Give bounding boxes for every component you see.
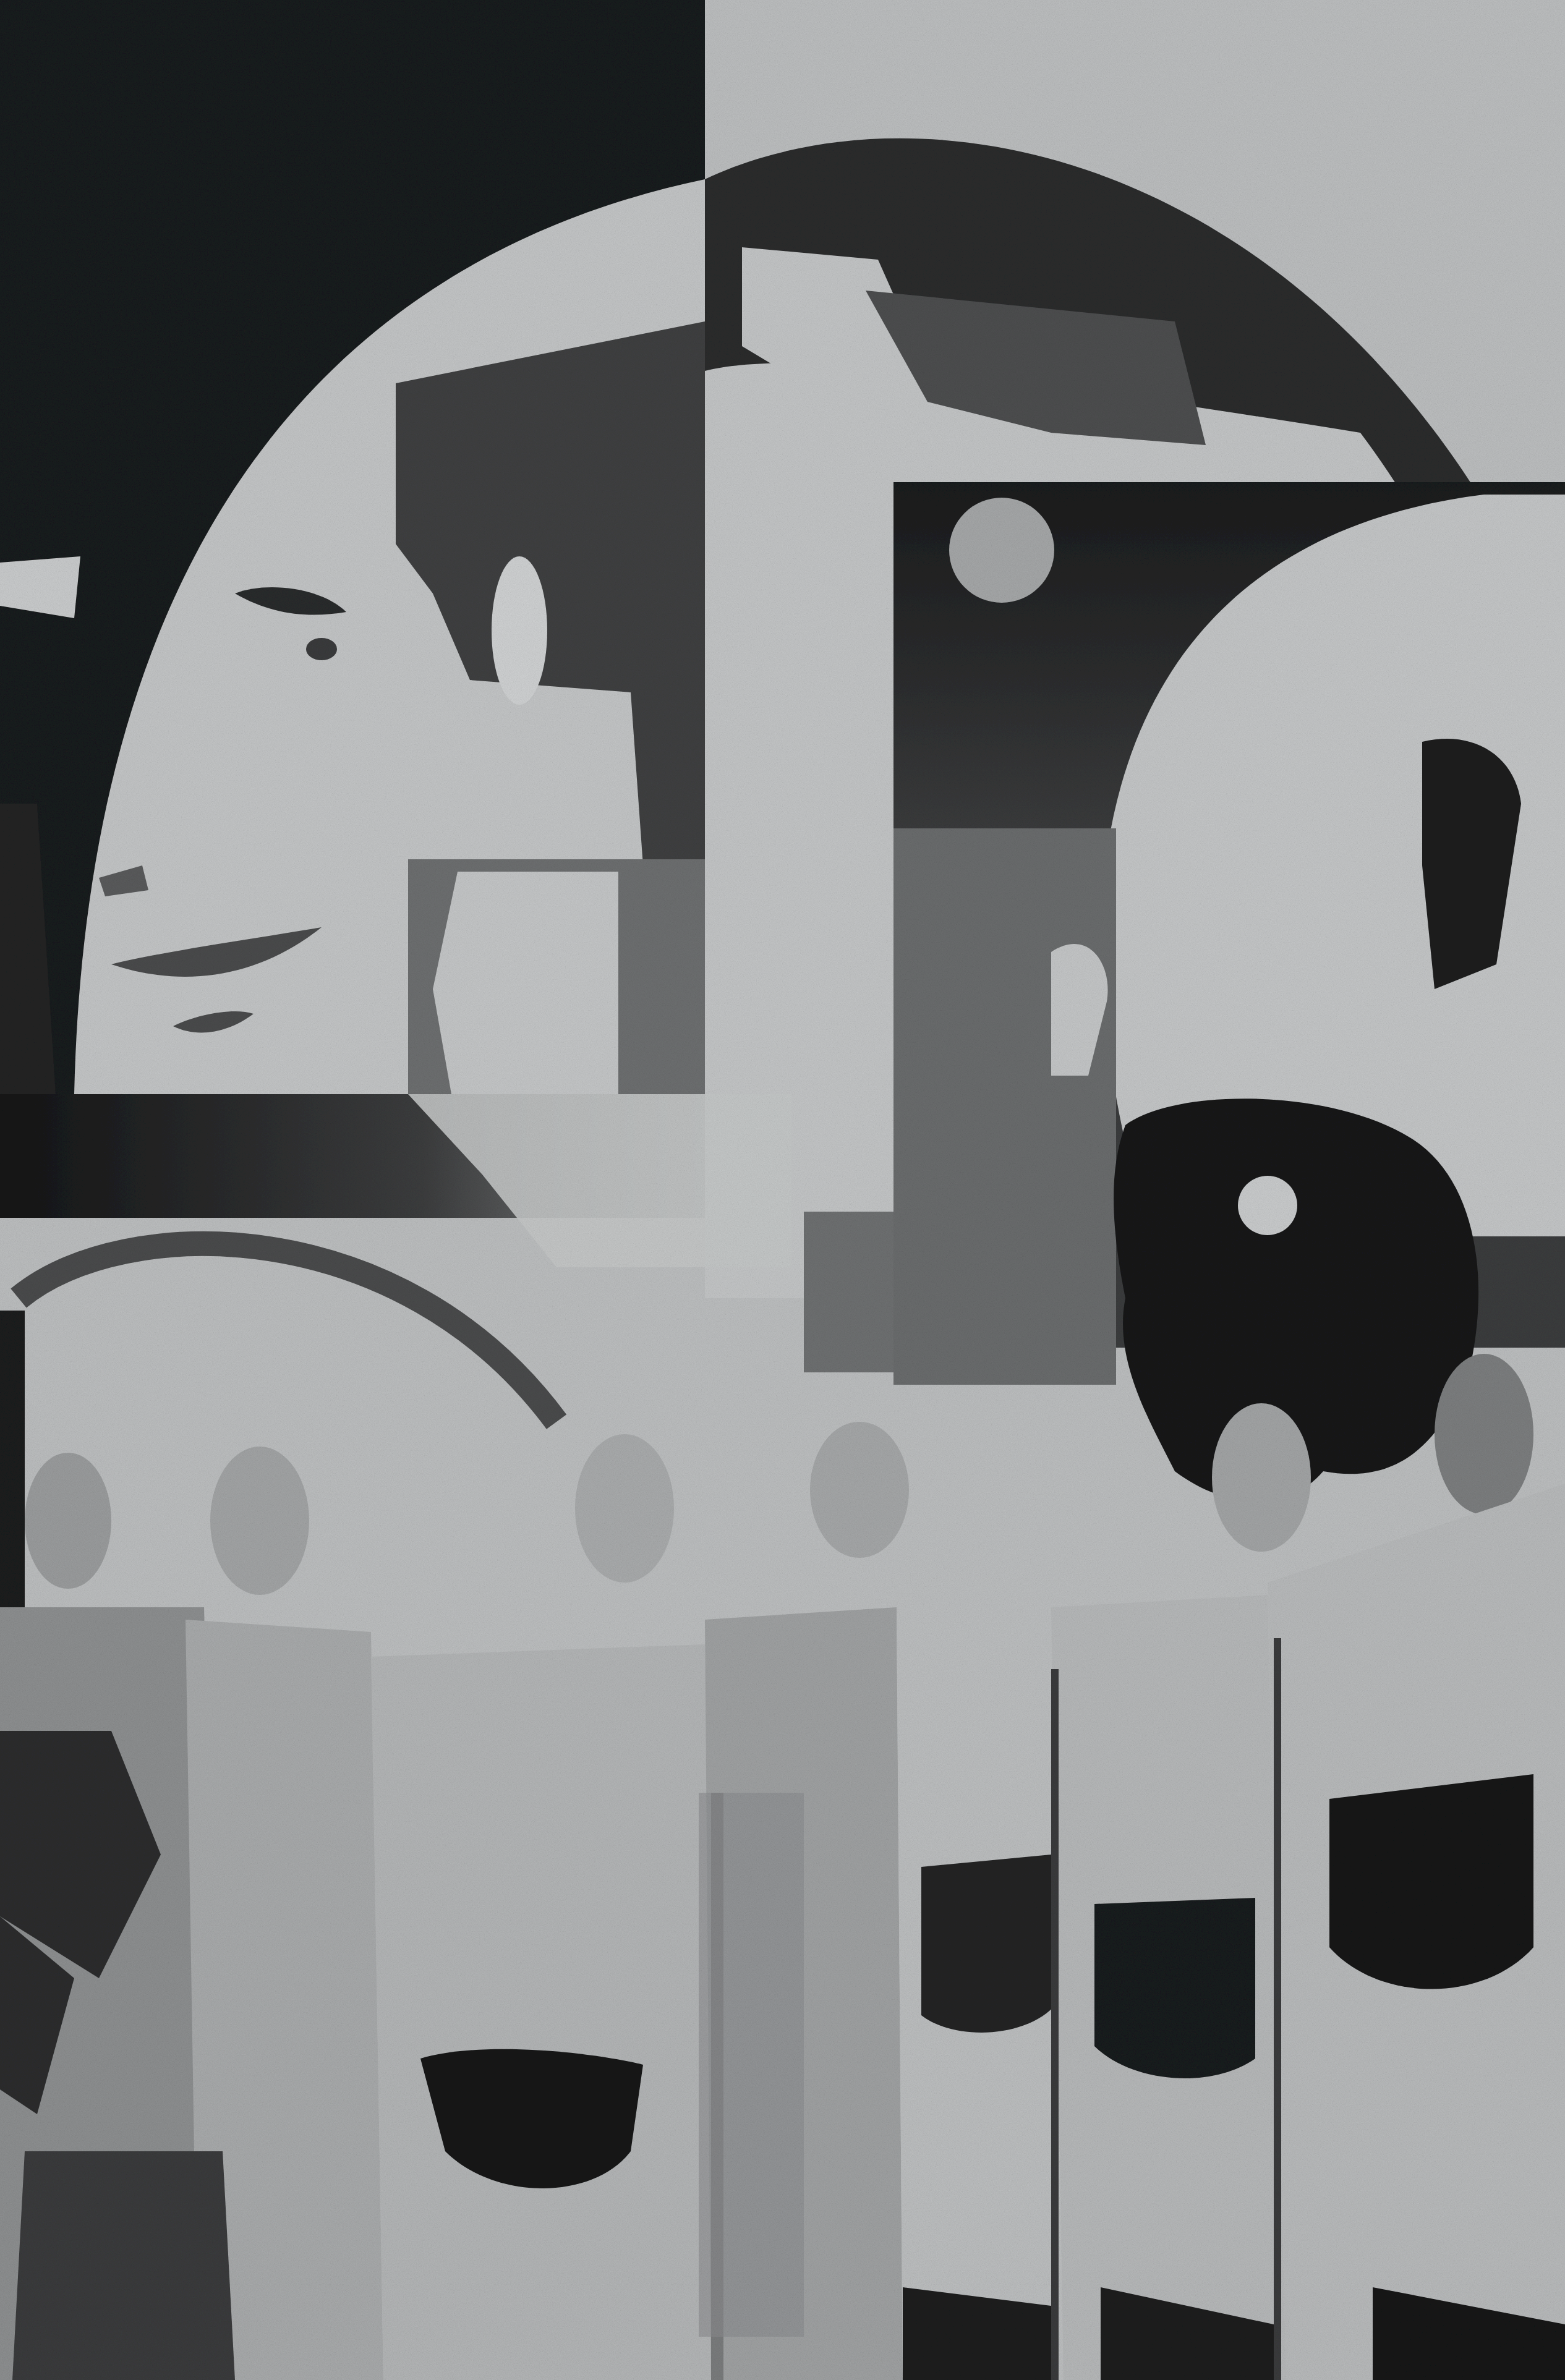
collage-shapes: [0, 0, 1565, 2380]
collage-artwork: Grainy black-and-white photographic coll…: [0, 0, 1565, 2380]
portrait-left: [0, 0, 705, 1094]
